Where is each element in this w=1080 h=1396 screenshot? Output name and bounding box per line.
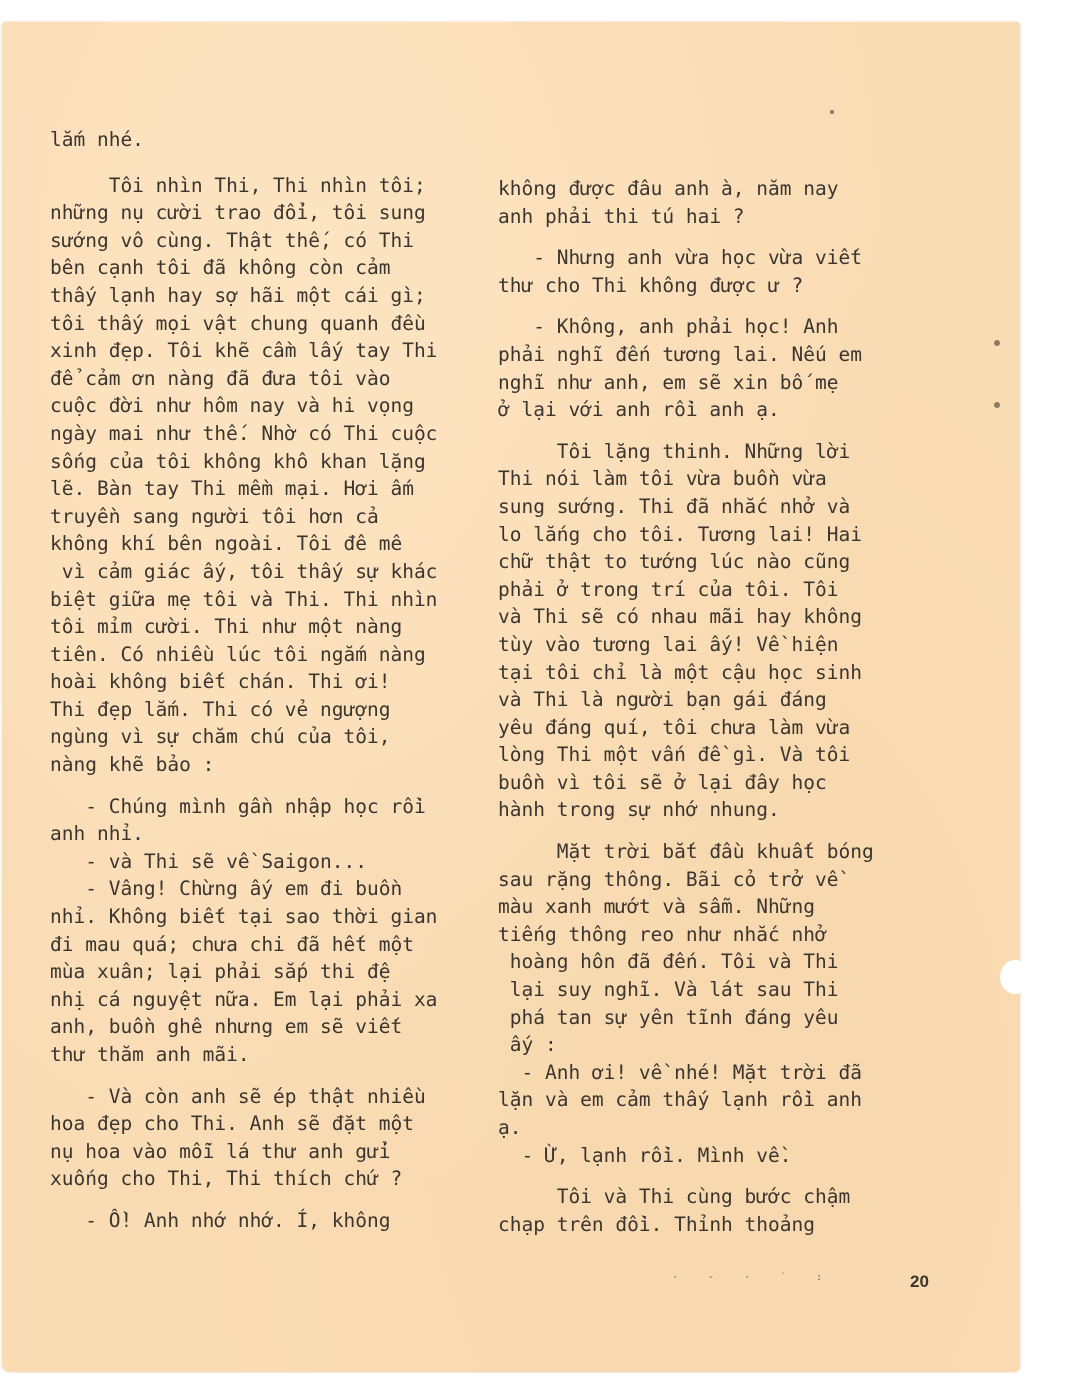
torn-notch bbox=[1000, 960, 1030, 994]
text-line: chạp trên đồi. Thỉnh thoảng bbox=[498, 1211, 928, 1239]
text-line: - và Thi sẽ về Saigon... bbox=[50, 848, 490, 876]
paragraph-gap bbox=[50, 1069, 490, 1083]
text-line: thư cho Thi không được ư ? bbox=[498, 272, 928, 300]
text-line: lắm nhé. bbox=[50, 126, 490, 154]
binding-hole-dot bbox=[994, 402, 1000, 408]
text-line: nghĩ như anh, em sẽ xin bố mẹ bbox=[498, 369, 928, 397]
text-line: nàng khẽ bảo : bbox=[50, 751, 490, 779]
paragraph-gap bbox=[498, 824, 928, 838]
text-line: nụ hoa vào mỗi lá thư anh gửi bbox=[50, 1138, 490, 1166]
paragraph-gap bbox=[498, 424, 928, 438]
text-line: yêu đáng quí, tôi chưa làm vừa bbox=[498, 714, 928, 742]
text-line: để cảm ơn nàng đã đưa tôi vào bbox=[50, 365, 490, 393]
paragraph-gap bbox=[498, 1169, 928, 1183]
text-line: anh, buồn ghê nhưng em sẽ viết bbox=[50, 1013, 490, 1041]
text-line: ở lại với anh rồi anh ạ. bbox=[498, 396, 928, 424]
text-line: và Thi sẽ có nhau mãi hay không bbox=[498, 603, 928, 631]
text-line: cuộc đời như hôm nay và hi vọng bbox=[50, 392, 490, 420]
ink-specks: · - · ˙ : bbox=[672, 1272, 834, 1283]
text-line: tại tôi chỉ là một cậu học sinh bbox=[498, 659, 928, 687]
paragraph-gap bbox=[50, 1193, 490, 1207]
text-line: màu xanh mướt và sẫm. Những bbox=[498, 893, 928, 921]
text-line: ngày mai như thế. Nhờ có Thi cuộc bbox=[50, 420, 490, 448]
paragraph-gap bbox=[50, 779, 490, 793]
text-line: - Và còn anh sẽ ép thật nhiều bbox=[50, 1083, 490, 1111]
text-line: đi mau quá; chưa chi đã hết một bbox=[50, 931, 490, 959]
text-line: sống của tôi không khô khan lặng bbox=[50, 448, 490, 476]
right-text-column: không được đâu anh à, năm nayanh phải th… bbox=[498, 175, 928, 1238]
text-line: tôi thấy mọi vật chung quanh đều bbox=[50, 310, 490, 338]
binding-hole-dot bbox=[994, 340, 1000, 346]
text-line: tôi mỉm cười. Thi như một nàng bbox=[50, 613, 490, 641]
text-line: hoài không biết chán. Thi ơi! bbox=[50, 668, 490, 696]
text-line: - Vâng! Chừng ấy em đi buồn bbox=[50, 875, 490, 903]
text-line: sung sướng. Thi đã nhắc nhở và bbox=[498, 493, 928, 521]
text-line: - Nhưng anh vừa học vừa viết bbox=[498, 244, 928, 272]
text-line: Tôi lặng thinh. Những lời bbox=[498, 438, 928, 466]
text-line: Mặt trời bắt đầu khuất bóng bbox=[498, 838, 928, 866]
text-line: - Không, anh phải học! Anh bbox=[498, 313, 928, 341]
text-line: thư thăm anh mãi. bbox=[50, 1041, 490, 1069]
page-number: 20 bbox=[910, 1272, 929, 1292]
ink-speck bbox=[830, 110, 834, 114]
text-line: - Chúng mình gần nhập học rồi bbox=[50, 793, 490, 821]
text-line: hoàng hôn đã đến. Tôi và Thi bbox=[498, 948, 928, 976]
text-line: lòng Thi một vấn đề gì. Và tôi bbox=[498, 741, 928, 769]
text-line: - Ừ, lạnh rồi. Mình về. bbox=[498, 1142, 928, 1170]
paragraph-gap bbox=[50, 154, 490, 172]
text-line: Thi nói làm tôi vừa buồn vừa bbox=[498, 465, 928, 493]
text-line: lại suy nghĩ. Và lát sau Thi bbox=[498, 976, 928, 1004]
text-line: ạ. bbox=[498, 1114, 928, 1142]
text-line: không được đâu anh à, năm nay bbox=[498, 175, 928, 203]
text-line: xinh đẹp. Tôi khẽ cầm lấy tay Thi bbox=[50, 337, 490, 365]
text-line: tiếng thông reo như nhắc nhở bbox=[498, 921, 928, 949]
paragraph-gap bbox=[498, 299, 928, 313]
text-line: vì cảm giác ấy, tôi thấy sự khác bbox=[50, 558, 490, 586]
text-line: bên cạnh tôi đã không còn cảm bbox=[50, 254, 490, 282]
text-line: biệt giữa mẹ tôi và Thi. Thi nhìn bbox=[50, 586, 490, 614]
text-line: không khí bên ngoài. Tôi đê mê bbox=[50, 530, 490, 558]
text-line: sau rặng thông. Bãi cỏ trở về bbox=[498, 866, 928, 894]
text-line: phải nghĩ đến tương lai. Nếu em bbox=[498, 341, 928, 369]
text-line: ấy : bbox=[498, 1031, 928, 1059]
text-line: những nụ cười trao đổi, tôi sung bbox=[50, 199, 490, 227]
text-line: chữ thật to tướng lúc nào cũng bbox=[498, 548, 928, 576]
text-line: anh nhỉ. bbox=[50, 820, 490, 848]
text-line: xuống cho Thi, Thi thích chứ ? bbox=[50, 1165, 490, 1193]
text-line: buồn vì tôi sẽ ở lại đây học bbox=[498, 769, 928, 797]
text-line: sướng vô cùng. Thật thế, có Thi bbox=[50, 227, 490, 255]
text-line: tùy vào tương lai ấy! Về hiện bbox=[498, 631, 928, 659]
text-line: - Anh ơi! về nhé! Mặt trời đã bbox=[498, 1059, 928, 1087]
paragraph-gap bbox=[498, 230, 928, 244]
text-line: phá tan sự yên tĩnh đáng yêu bbox=[498, 1004, 928, 1032]
text-line: anh phải thi tú hai ? bbox=[498, 203, 928, 231]
text-line: và Thi là người bạn gái đáng bbox=[498, 686, 928, 714]
text-line: lặn và em cảm thấy lạnh rồi anh bbox=[498, 1086, 928, 1114]
text-line: Tôi và Thi cùng bước chậm bbox=[498, 1183, 928, 1211]
text-line: thấy lạnh hay sợ hãi một cái gì; bbox=[50, 282, 490, 310]
text-line: Thi đẹp lắm. Thi có vẻ ngượng bbox=[50, 696, 490, 724]
text-line: - Ồ! Anh nhớ nhớ. Í, không bbox=[50, 1207, 490, 1235]
text-line: truyền sang người tôi hơn cả bbox=[50, 503, 490, 531]
text-line: lẽ. Bàn tay Thi mềm mại. Hơi ấm bbox=[50, 475, 490, 503]
typewritten-page: lắm nhé. Tôi nhìn Thi, Thi nhìn tôi;nhữn… bbox=[2, 22, 1020, 1372]
text-line: ngùng vì sự chăm chú của tôi, bbox=[50, 723, 490, 751]
text-line: mùa xuân; lại phải sắp thi đệ bbox=[50, 958, 490, 986]
text-line: tiên. Có nhiều lúc tôi ngắm nàng bbox=[50, 641, 490, 669]
text-line: nhỉ. Không biết tại sao thời gian bbox=[50, 903, 490, 931]
text-line: phải ở trong trí của tôi. Tôi bbox=[498, 576, 928, 604]
text-line: nhị cá nguyệt nữa. Em lại phải xa bbox=[50, 986, 490, 1014]
text-line: hành trong sự nhớ nhung. bbox=[498, 796, 928, 824]
text-line: hoa đẹp cho Thi. Anh sẽ đặt một bbox=[50, 1110, 490, 1138]
text-line: Tôi nhìn Thi, Thi nhìn tôi; bbox=[50, 172, 490, 200]
text-line: lo lắng cho tôi. Tương lai! Hai bbox=[498, 521, 928, 549]
left-text-column: lắm nhé. Tôi nhìn Thi, Thi nhìn tôi;nhữn… bbox=[50, 126, 490, 1235]
